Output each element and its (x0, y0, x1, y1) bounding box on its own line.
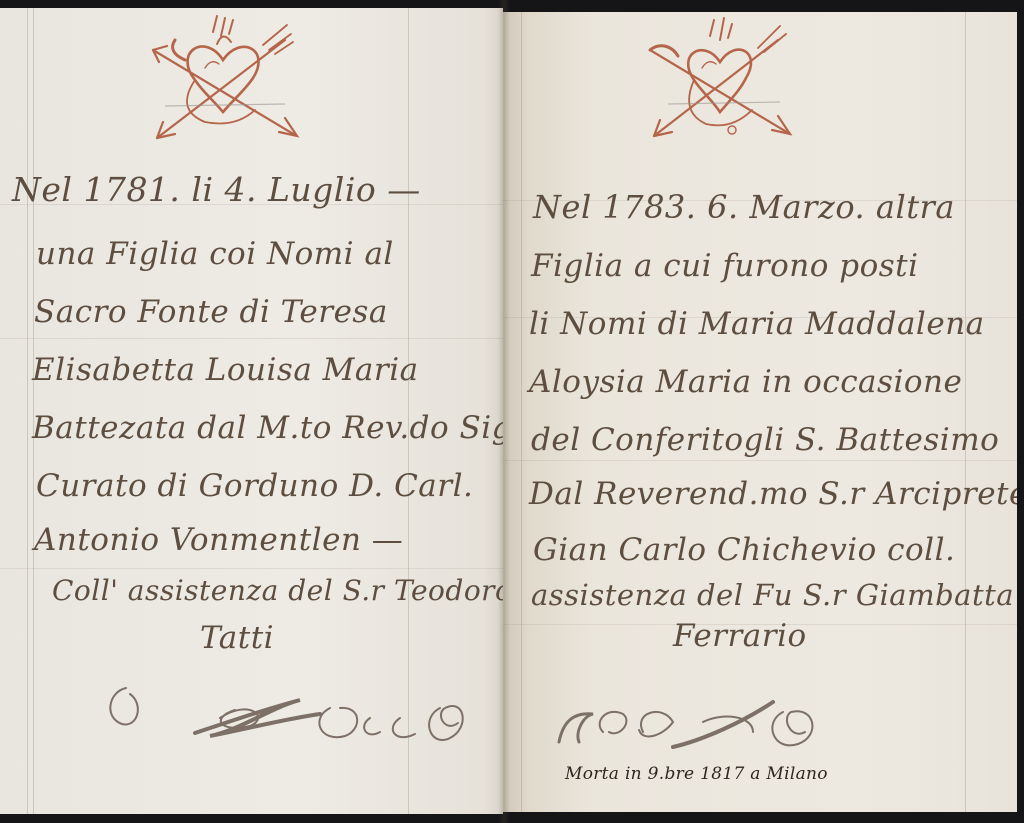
text-line: una Figlia coi Nomi al (36, 236, 394, 272)
margin-rule (521, 12, 522, 812)
text-line: Coll' assistenza del S.r Teodoro (52, 574, 503, 607)
right-page: Nel 1783. 6. Marzo. altra Figlia a cui f… (503, 12, 1017, 812)
calligraphic-flourish-icon (553, 692, 853, 766)
text-line: del Conferitogli S. Battesimo (531, 422, 999, 458)
margin-rule (965, 12, 966, 812)
text-line: Nel 1781. li 4. Luglio — (12, 170, 421, 209)
text-line: Nel 1783. 6. Marzo. altra (533, 188, 955, 226)
margin-rule (27, 8, 28, 814)
sacred-heart-emblem-icon (145, 10, 305, 145)
text-line: Gian Carlo Chichevio coll. (533, 532, 955, 568)
text-line: Antonio Vonmentlen — (34, 522, 403, 558)
text-line: Curato di Gorduno D. Carl. (36, 468, 473, 504)
text-line: assistenza del Fu S.r Giambatta (531, 578, 1014, 612)
ruled-line (0, 568, 503, 569)
text-line: Elisabetta Louisa Maria (32, 352, 419, 388)
open-manuscript: Nel 1781. li 4. Luglio — una Figlia coi … (0, 0, 1024, 823)
ruled-line (0, 338, 503, 339)
text-line: Battezata dal M.to Rev.do Sig.r (32, 410, 503, 446)
ruled-line (503, 460, 1017, 461)
sacred-heart-emblem-icon (640, 12, 800, 147)
death-note: Morta in 9.bre 1817 a Milano (565, 764, 828, 784)
text-line: Sacro Fonte di Teresa (34, 294, 388, 330)
text-line: Aloysia Maria in occasione (529, 364, 962, 400)
text-line: Tatti (200, 620, 274, 656)
left-page: Nel 1781. li 4. Luglio — una Figlia coi … (0, 8, 503, 814)
text-line: Ferrario (673, 618, 807, 654)
text-line: li Nomi di Maria Maddalena (529, 306, 985, 342)
calligraphic-flourish-icon (100, 678, 480, 772)
text-line: Figlia a cui furono posti (531, 248, 919, 284)
text-line: Dal Reverend.mo S.r Arciprete D. (529, 476, 1017, 512)
